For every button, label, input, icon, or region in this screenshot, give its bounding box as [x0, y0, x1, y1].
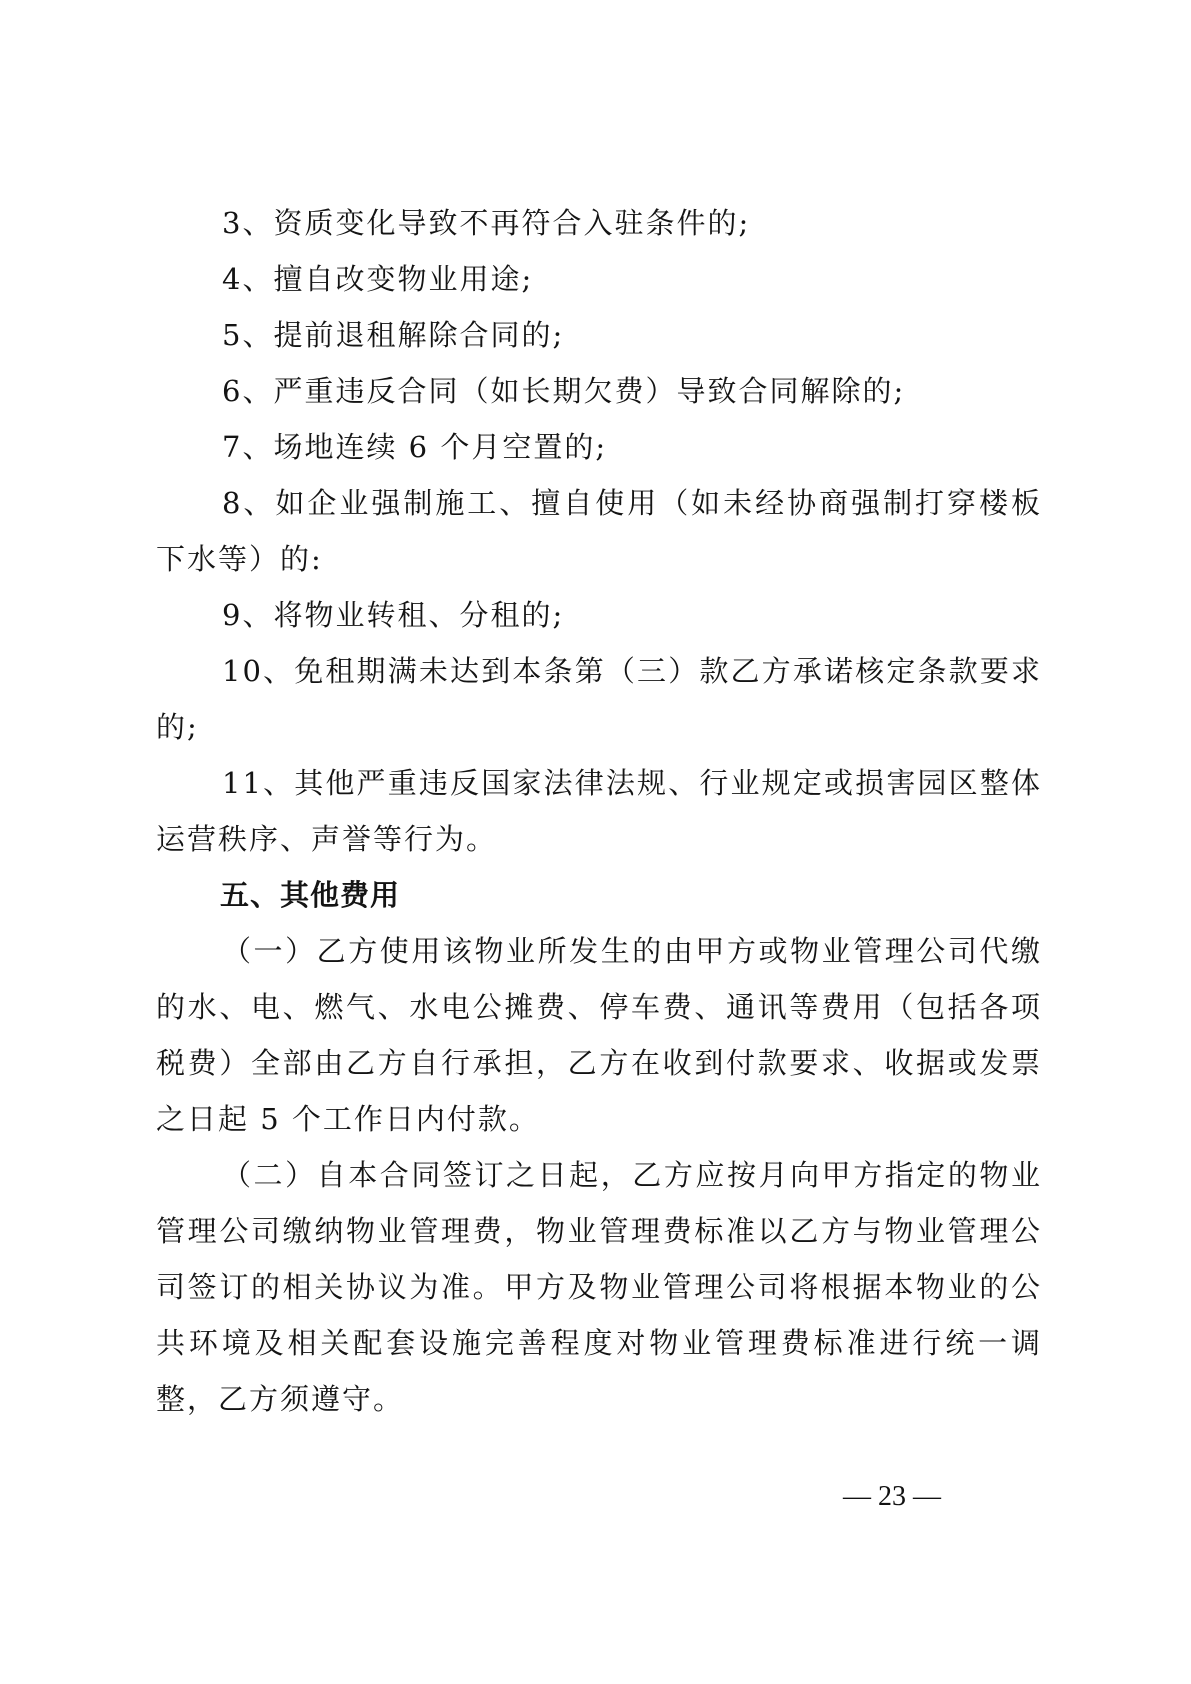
text-line: 3、资质变化导致不再符合入驻条件的;: [222, 203, 750, 243]
text-line: 运营秩序、声誉等行为。: [156, 819, 497, 859]
text-line: （二）自本合同签订之日起，乙方应按月向甲方指定的物业: [222, 1155, 1042, 1195]
text-line: 司签订的相关协议为准。甲方及物业管理公司将根据本物业的公: [156, 1267, 1042, 1307]
text-line: 10、免租期满未达到本条第（三）款乙方承诺核定条款要求: [222, 651, 1042, 691]
text-line: 5、提前退租解除合同的;: [222, 315, 564, 355]
text-line: 7、场地连续 6 个月空置的;: [222, 427, 607, 467]
page-number: — 23 —: [843, 1479, 941, 1515]
text-line: 之日起 5 个工作日内付款。: [156, 1099, 540, 1139]
text-line: （一）乙方使用该物业所发生的由甲方或物业管理公司代缴: [222, 931, 1042, 971]
text-line: 8、如企业强制施工、擅自使用（如未经协商强制打穿楼板做: [222, 483, 1042, 523]
text-line: 9、将物业转租、分租的;: [222, 595, 564, 635]
document-page: 3、资质变化导致不再符合入驻条件的;4、擅自改变物业用途;5、提前退租解除合同的…: [0, 0, 1191, 1684]
section-heading: 五、其他费用: [220, 875, 400, 915]
text-line: 下水等）的:: [156, 539, 323, 579]
text-line: 税费）全部由乙方自行承担，乙方在收到付款要求、收据或发票: [156, 1043, 1042, 1083]
text-line: 11、其他严重违反国家法律法规、行业规定或损害园区整体: [222, 763, 1042, 803]
text-line: 的;: [156, 707, 199, 747]
text-line: 共环境及相关配套设施完善程度对物业管理费标准进行统一调: [156, 1323, 1042, 1363]
text-line: 6、严重违反合同（如长期欠费）导致合同解除的;: [222, 371, 905, 411]
text-line: 的水、电、燃气、水电公摊费、停车费、通讯等费用（包括各项: [156, 987, 1042, 1027]
text-line: 4、擅自改变物业用途;: [222, 259, 533, 299]
text-line: 管理公司缴纳物业管理费，物业管理费标准以乙方与物业管理公: [156, 1211, 1042, 1251]
text-line: 整，乙方须遵守。: [156, 1379, 404, 1419]
